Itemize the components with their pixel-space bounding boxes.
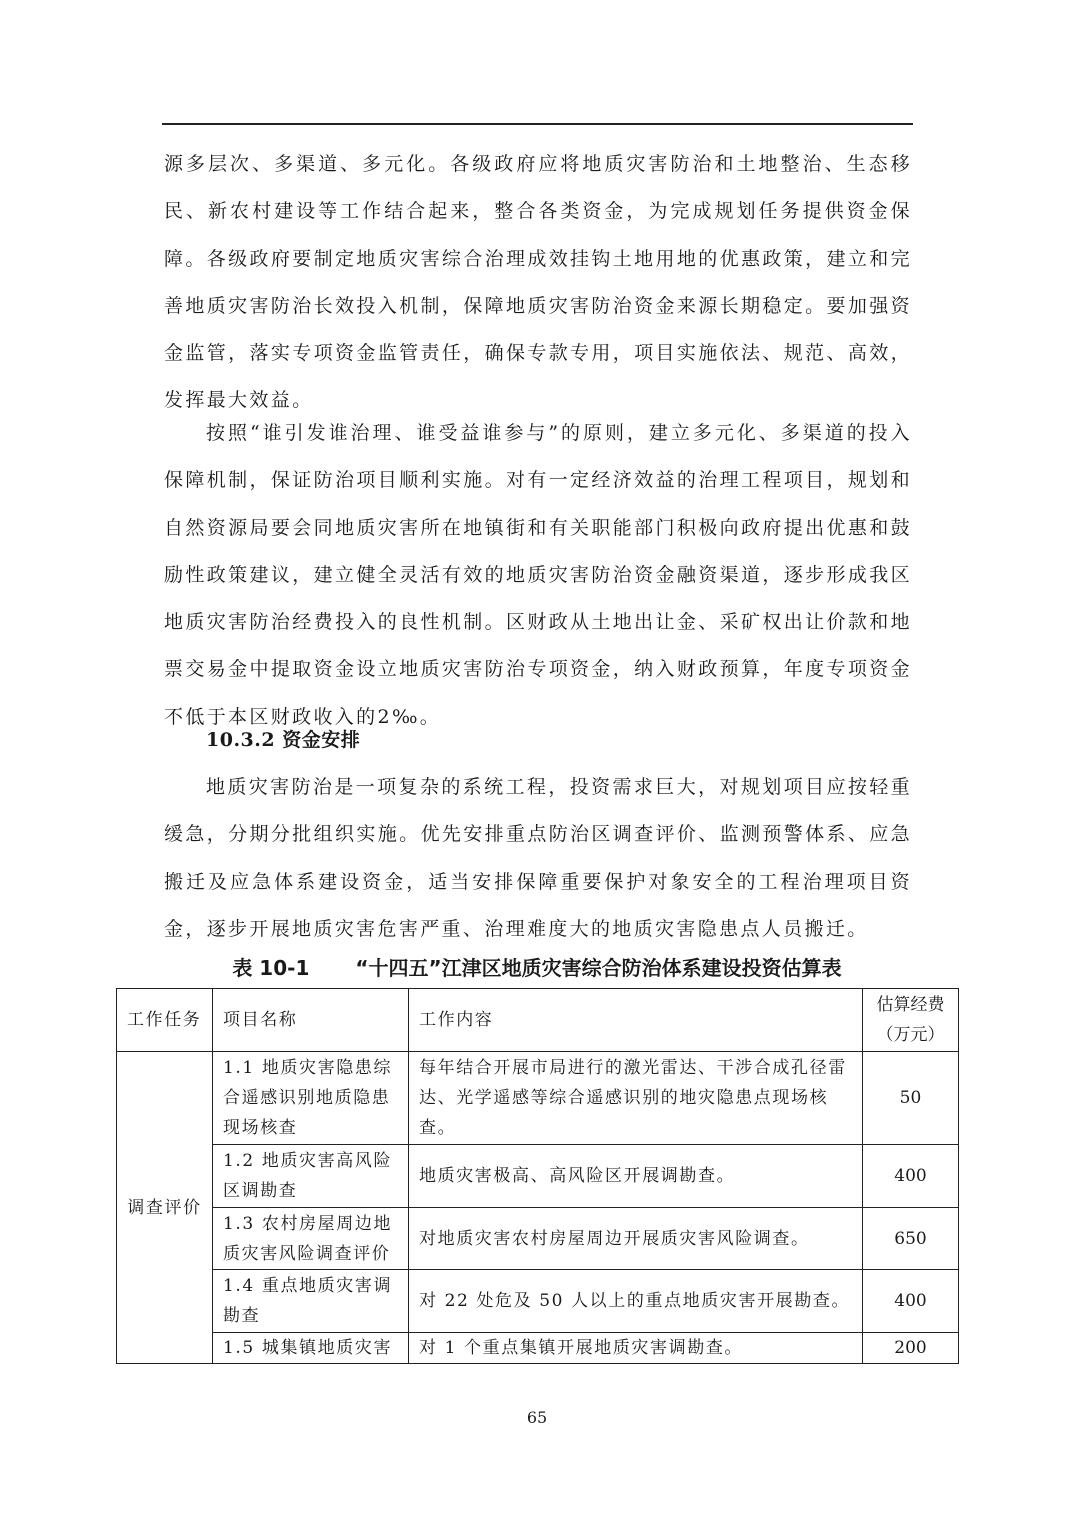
section-heading: 10.3.2 资金安排 bbox=[206, 725, 360, 752]
content-cell: 每年结合开展市局进行的激光雷达、干涉合成孔径雷达、光学遥感等综合遥感识别的地灾隐… bbox=[409, 1052, 863, 1145]
project-cell: 1.2 地质灾害高风险区调勘查 bbox=[213, 1145, 409, 1208]
table-caption-title: “十四五”江津区地质灾害综合防治体系建设投资估算表 bbox=[355, 956, 841, 980]
header-content: 工作内容 bbox=[409, 989, 863, 1052]
table-caption-number: 表 10-1 bbox=[232, 956, 309, 980]
paragraph-funding-sources: 源多层次、多渠道、多元化。各级政府应将地质灾害防治和土地整治、生态移民、新农村建… bbox=[164, 141, 912, 425]
table-caption: 表 10-1“十四五”江津区地质灾害综合防治体系建设投资估算表 bbox=[0, 952, 1074, 981]
cost-cell: 400 bbox=[863, 1270, 959, 1333]
table-row: 1.3 农村房屋周边地质灾害风险调查评价 对地质灾害农村房屋周边开展质灾害风险调… bbox=[117, 1208, 959, 1270]
content-cell: 对 22 处危及 50 人以上的重点地质灾害开展勘查。 bbox=[409, 1270, 863, 1333]
content-cell: 对地质灾害农村房屋周边开展质灾害风险调查。 bbox=[409, 1208, 863, 1270]
page-number: 65 bbox=[0, 1408, 1074, 1427]
project-cell: 1.5 城集镇地质灾害 bbox=[213, 1333, 409, 1364]
cost-cell: 650 bbox=[863, 1208, 959, 1270]
cost-cell: 200 bbox=[863, 1333, 959, 1364]
header-cost-line1: 估算经费 bbox=[873, 990, 948, 1020]
table-row: 1.2 地质灾害高风险区调勘查 地质灾害极高、高风险区开展调勘查。 400 bbox=[117, 1145, 959, 1208]
cost-cell: 50 bbox=[863, 1052, 959, 1145]
header-project: 项目名称 bbox=[213, 989, 409, 1052]
task-cell: 调查评价 bbox=[117, 1052, 213, 1364]
investment-estimate-table: 工作任务 项目名称 工作内容 估算经费 （万元） 调查评价 1.1 地质灾害隐患… bbox=[116, 988, 959, 1364]
header-task: 工作任务 bbox=[117, 989, 213, 1052]
table-row: 1.5 城集镇地质灾害 对 1 个重点集镇开展地质灾害调勘查。 200 bbox=[117, 1333, 959, 1364]
table-row: 1.4 重点地质灾害调勘查 对 22 处危及 50 人以上的重点地质灾害开展勘查… bbox=[117, 1270, 959, 1333]
content-cell: 地质灾害极高、高风险区开展调勘查。 bbox=[409, 1145, 863, 1208]
table-header-row: 工作任务 项目名称 工作内容 估算经费 （万元） bbox=[117, 989, 959, 1052]
header-cost: 估算经费 （万元） bbox=[863, 989, 959, 1052]
project-cell: 1.3 农村房屋周边地质灾害风险调查评价 bbox=[213, 1208, 409, 1270]
header-rule bbox=[162, 123, 913, 125]
content-cell: 对 1 个重点集镇开展地质灾害调勘查。 bbox=[409, 1333, 863, 1364]
cost-cell: 400 bbox=[863, 1145, 959, 1208]
header-cost-line2: （万元） bbox=[873, 1020, 948, 1050]
project-cell: 1.1 地质灾害隐患综合遥感识别地质隐患现场核查 bbox=[213, 1052, 409, 1145]
paragraph-funding-arrangement: 地质灾害防治是一项复杂的系统工程，投资需求巨大，对规划项目应按轻重缓急，分期分批… bbox=[164, 764, 912, 953]
paragraph-investment-mechanism: 按照“谁引发谁治理、谁受益谁参与”的原则，建立多元化、多渠道的投入保障机制，保证… bbox=[164, 410, 912, 741]
table-row: 调查评价 1.1 地质灾害隐患综合遥感识别地质隐患现场核查 每年结合开展市局进行… bbox=[117, 1052, 959, 1145]
project-cell: 1.4 重点地质灾害调勘查 bbox=[213, 1270, 409, 1333]
